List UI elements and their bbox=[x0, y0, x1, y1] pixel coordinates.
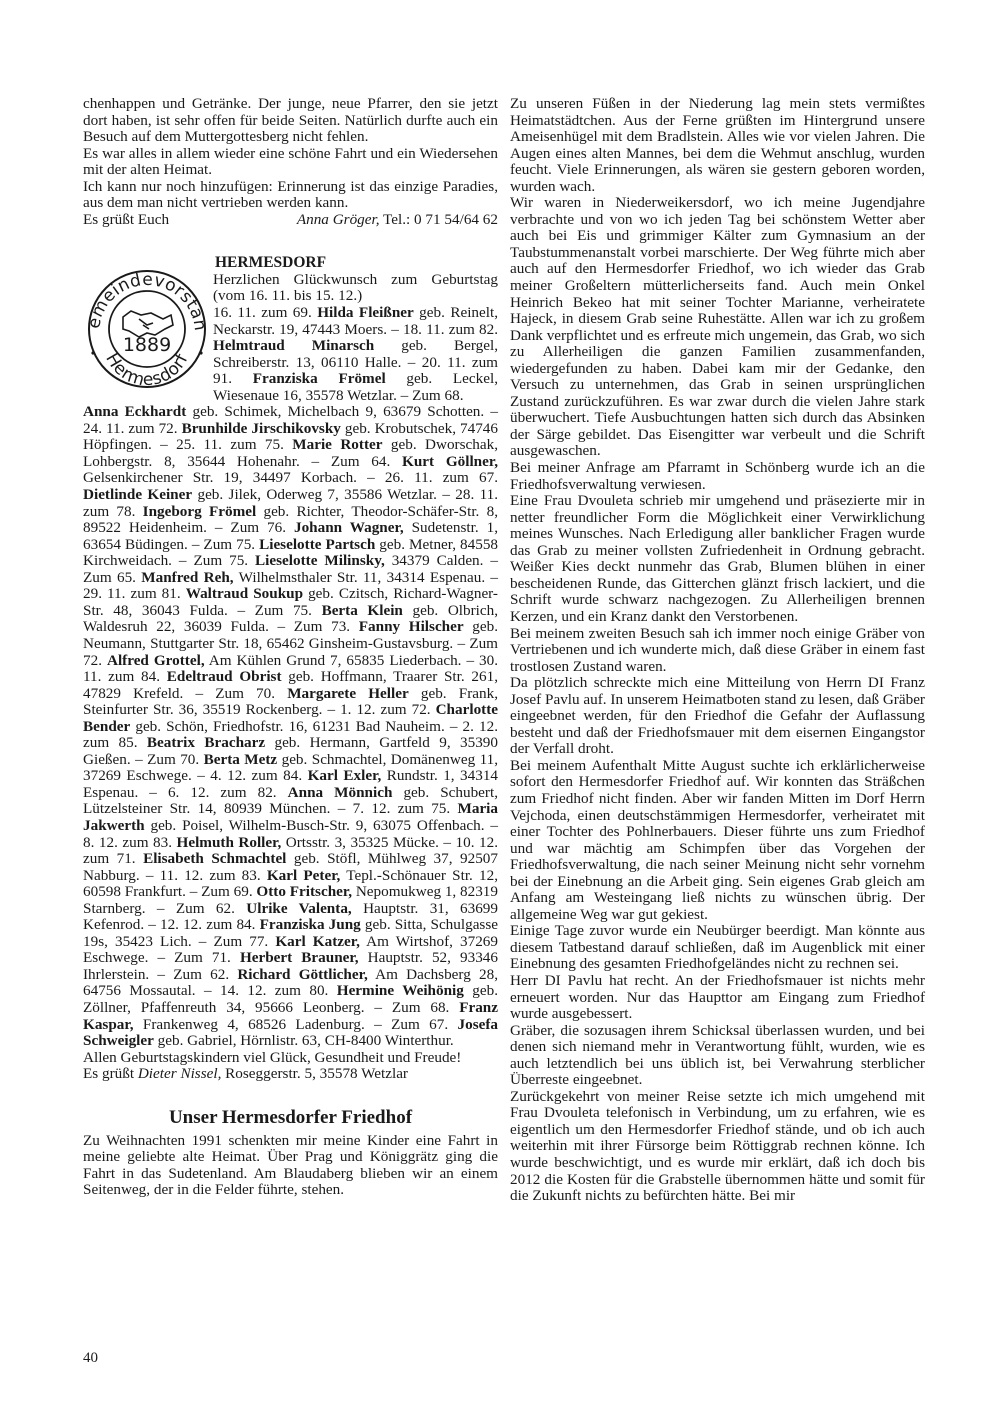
entry-address: geb. Jilek, Oderweg 7, 35586 Wetzlar. – bbox=[192, 486, 455, 503]
entry-date: Zum 69. bbox=[201, 883, 256, 900]
entry-name: Richard Göttlicher, bbox=[237, 966, 367, 983]
sign-prefix: Es grüßt bbox=[83, 1065, 138, 1082]
entry-address: Gelsenkirchener Str. 19, 34497 Korbach. … bbox=[83, 469, 385, 486]
birthday-list: Anna Eckhardt geb. Schimek, Michelbach 9… bbox=[83, 404, 498, 1049]
intro-paragraph: Es war alles in allem wieder eine schöne… bbox=[83, 146, 498, 179]
birthday-signoff: Es grüßt Dieter Nissel, Roseggerstr. 5, … bbox=[83, 1066, 498, 1083]
birthday-closing: Allen Geburtstagskindern viel Glück, Ges… bbox=[83, 1050, 498, 1067]
article-paragraph: Zu Weihnachten 1991 schenkten mir meine … bbox=[83, 1133, 498, 1199]
entry-address: geb. Schimek, Michelbach 9, 63679 Schott… bbox=[186, 403, 498, 420]
entry-name: Fanny Hilscher bbox=[359, 618, 464, 635]
author-phone: Tel.: 0 71 54/64 62 bbox=[380, 211, 498, 228]
entry-date: 7. 12. zum 75. bbox=[353, 800, 458, 817]
entry-name: Ingeborg Frömel bbox=[143, 503, 257, 520]
birthday-intro-text: Herzlichen Glückwunsch zum Geburtstag (v… bbox=[213, 272, 498, 305]
entry-name: Helmtraud Minarsch bbox=[213, 337, 374, 354]
seal-top-text: Gemeindevorstand bbox=[81, 267, 210, 332]
article-paragraph: Bei meinem Aufenthalt Mitte August sucht… bbox=[510, 758, 925, 923]
article-paragraph: Zu unseren Füßen in der Niederung lag me… bbox=[510, 96, 925, 195]
municipal-seal-icon: Gemeindevorstand Hermesdorf 1889 bbox=[81, 267, 213, 389]
article-paragraph: Einige Tage zuvor wurde ein Neubürger be… bbox=[510, 923, 925, 973]
entry-name: Berta Metz bbox=[204, 751, 278, 768]
article-paragraph: Gräber, die sozusagen ihrem Schicksal üb… bbox=[510, 1023, 925, 1089]
entry-name: Kurt Göllner, bbox=[402, 453, 498, 470]
entry-date: Zum 70. bbox=[147, 751, 204, 768]
entry-date: Zum 67. bbox=[391, 1016, 457, 1033]
entry-name: Johann Wagner, bbox=[294, 519, 404, 536]
sign-address: Roseggerstr. 5, 35578 Wetzlar bbox=[221, 1065, 408, 1082]
intro-paragraph: chenhappen und Getränke. Der junge, neue… bbox=[83, 96, 498, 146]
intro-paragraph: Ich kann nur noch hinzufügen: Erinnerung… bbox=[83, 179, 498, 212]
entry-date: 24. 11. zum 72. bbox=[83, 420, 182, 437]
entry-address: Frankenweg 4, 68526 Ladenburg. – bbox=[134, 1016, 392, 1033]
entry-name: Helmuth Roller, bbox=[177, 834, 282, 851]
entry-date: 12. 12. zum 84. bbox=[160, 916, 260, 933]
entry-name: Elisabeth Schmachtel bbox=[143, 850, 286, 867]
entry-name: Franziska Frömel bbox=[253, 370, 386, 387]
entry-name: Dietlinde Keiner bbox=[83, 486, 192, 503]
entry-name: Hilda Fleißner bbox=[317, 304, 414, 321]
entry-date: Zum 75. bbox=[255, 602, 322, 619]
entry-address: geb. Schön, Friedhofstr. 16, 61231 Bad N… bbox=[130, 718, 462, 735]
entry-date: 6. 12. zum 82. bbox=[168, 784, 288, 801]
entry-date: Zum 76. bbox=[230, 519, 294, 536]
article-paragraph: Zurückgekehrt von meiner Reise setzte ic… bbox=[510, 1089, 925, 1205]
entry-name: Franziska Jung bbox=[260, 916, 361, 933]
entry-date: Zum 75. bbox=[193, 552, 255, 569]
signoff-greeting: Es grüßt Euch bbox=[83, 212, 169, 229]
entry-name: Herbert Brauner, bbox=[240, 949, 359, 966]
right-column: Zu unseren Füßen in der Niederung lag me… bbox=[510, 96, 925, 1205]
entry-address: Am Kühlen Grund 7, 65835 Liederbach. – bbox=[205, 652, 479, 669]
article-paragraph: Bei meiner Anfrage am Pfarramt in Schönb… bbox=[510, 460, 925, 493]
entry-date: 26. 11. zum 67. bbox=[385, 469, 498, 486]
article-paragraph: Bei meinem zweiten Besuch sah ich immer … bbox=[510, 626, 925, 676]
birthday-section-title: HERMESDORF bbox=[215, 255, 498, 272]
entry-name: Margarete Heller bbox=[287, 685, 409, 702]
birthday-header: Gemeindevorstand Hermesdorf 1889 HERMESD… bbox=[83, 255, 498, 404]
seal-year: 1889 bbox=[123, 334, 171, 356]
entry-name: Anna Eckhardt bbox=[83, 403, 186, 420]
entry-address: Ortsstr. 3, 35325 Mücke. – bbox=[281, 834, 455, 851]
entry-address: geb. Poisel, Wilhelm-Busch-Str. 9, 63075… bbox=[145, 817, 498, 834]
entry-date: 11. 12. zum 83. bbox=[160, 867, 267, 884]
entry-name: Edeltraud Obrist bbox=[167, 668, 282, 685]
article-paragraph: Da plötzlich schreckte mich eine Mitteil… bbox=[510, 675, 925, 758]
entry-date: Zum 62. bbox=[173, 966, 237, 983]
entry-date: Zum 62. bbox=[176, 900, 246, 917]
entry-name: Lieselotte Milinsky, bbox=[255, 552, 385, 569]
entry-date: 14. 12. zum 80. bbox=[220, 982, 337, 999]
article-paragraph: Herr DI Pavlu hat recht. An der Friedhof… bbox=[510, 973, 925, 1023]
sign-name: Dieter Nissel, bbox=[138, 1065, 222, 1082]
entry-name: Ulrike Valenta, bbox=[246, 900, 351, 917]
entry-name: Hermine Weihönig bbox=[337, 982, 464, 999]
entry-date: 1. 12. zum 72. bbox=[340, 701, 436, 718]
entry-name: Karl Exler, bbox=[308, 767, 382, 784]
entry-date: 8. 12. zum 83. bbox=[83, 834, 177, 851]
entry-name: Brunhilde Jirschikovsky bbox=[182, 420, 341, 437]
entry-date: 18. 11. zum 82. bbox=[403, 321, 498, 338]
entry-date: Zum 75. bbox=[203, 536, 259, 553]
entry-date: 4. 12. zum 84. bbox=[210, 767, 307, 784]
entry-name: Manfred Reh, bbox=[141, 569, 233, 586]
entry-name: Otto Fritscher, bbox=[256, 883, 352, 900]
entry-date: Zum 70. bbox=[215, 685, 287, 702]
entry-date: Zum 77. bbox=[213, 933, 275, 950]
author-name: Anna Gröger, bbox=[297, 211, 380, 228]
entry-name: Karl Katzer, bbox=[275, 933, 360, 950]
entry-name: Lieselotte Partsch bbox=[259, 536, 375, 553]
entry-name: Anna Mönnich bbox=[288, 784, 393, 801]
entry-name: Marie Rotter bbox=[292, 436, 382, 453]
entry-date: 29. 11. zum 81. bbox=[83, 585, 186, 602]
birthday-intro: HERMESDORF Herzlichen Glückwunsch zum Ge… bbox=[213, 255, 498, 404]
page-number: 40 bbox=[83, 1350, 98, 1367]
signoff: Es grüßt Euch Anna Gröger, Tel.: 0 71 54… bbox=[83, 212, 498, 229]
entry-date: Zum 64. bbox=[331, 453, 402, 470]
entry-date: Zum 68. bbox=[392, 999, 459, 1016]
entry-name: Beatrix Bracharz bbox=[147, 734, 265, 751]
entry-address: Wilhelmsthaler Str. 11, 34314 Espenau. – bbox=[234, 569, 498, 586]
entry-name: Berta Klein bbox=[322, 602, 403, 619]
entry-date: 25. 11. zum 75. bbox=[176, 436, 292, 453]
svg-text:Gemeindevorstand: Gemeindevorstand bbox=[81, 267, 210, 332]
signoff-author: Anna Gröger, Tel.: 0 71 54/64 62 bbox=[297, 212, 498, 229]
article-paragraph: Wir waren in Niederweikersdorf, wo ich m… bbox=[510, 195, 925, 460]
entry-date: Zum 71. bbox=[174, 949, 240, 966]
entry-date: 16. 11. zum 69. bbox=[213, 304, 317, 321]
entry-date: Zum 68. bbox=[412, 387, 463, 404]
entry-date: Zum 65. bbox=[83, 569, 141, 586]
article-paragraph: Eine Frau Dvouleta schrieb mir umgehend … bbox=[510, 493, 925, 625]
article-title: Unser Hermesdorfer Friedhof bbox=[83, 1107, 498, 1129]
entry-name: Karl Peter, bbox=[267, 867, 341, 884]
entry-address: 34379 Calden. – bbox=[385, 552, 498, 569]
left-column: chenhappen und Getränke. Der junge, neue… bbox=[83, 96, 498, 1199]
entry-date: Zum 73. bbox=[294, 618, 359, 635]
birthday-list-start: 16. 11. zum 69. Hilda Fleißner geb. Rein… bbox=[213, 305, 498, 404]
entry-address: geb. Gabriel, Hörnlistr. 63, CH-8400 Win… bbox=[154, 1032, 454, 1049]
entry-name: Waltraud Soukup bbox=[186, 585, 303, 602]
entry-name: Alfred Grottel, bbox=[107, 652, 205, 669]
